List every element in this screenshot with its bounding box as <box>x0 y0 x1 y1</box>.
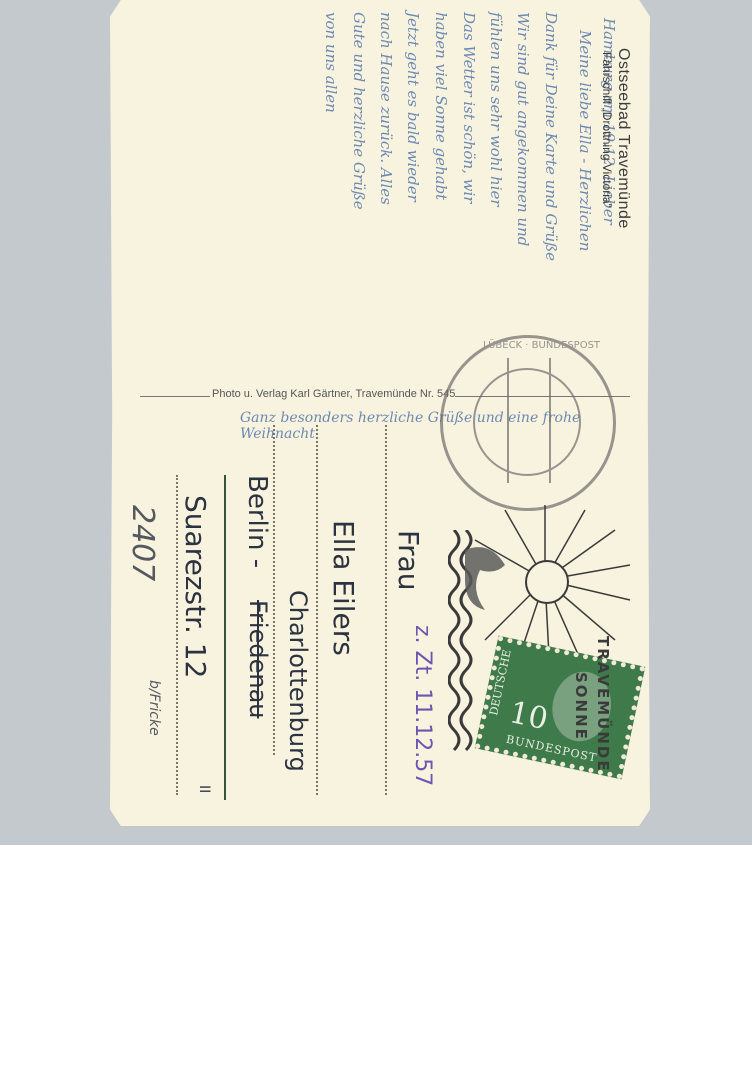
cancel-slogan-line1: TRAVEMÜNDE <box>594 636 612 773</box>
address-line-4: Berlin - <box>242 475 272 568</box>
address-line-5: Suarezstr. 12 <box>179 495 212 678</box>
underline-stroke <box>224 475 226 800</box>
message-line: fühlen uns sehr wohl hier <box>487 12 505 207</box>
address-guide-line <box>176 475 178 795</box>
message-line: Wir sind gut angekommen und <box>514 12 532 246</box>
message-line: Das Wetter ist schön, wir <box>460 12 478 203</box>
message-line: Gute und herzliche Grüße <box>350 12 368 210</box>
postmark-ring-text: LÜBECK · BUNDESPOST <box>483 340 600 351</box>
address-line-3: Charlottenburg <box>284 590 312 772</box>
message-line: haben viel Sonne gehabt <box>432 12 450 200</box>
mermaid-figure-icon <box>455 540 515 620</box>
message-line: Dank für Deine Karte und Grüße <box>542 12 560 261</box>
address-line-1: Frau <box>392 530 425 590</box>
address-guide-line <box>316 425 318 795</box>
address-floor: II <box>196 785 212 793</box>
message-line: von uns allen <box>322 12 340 113</box>
address-guide-line <box>385 425 387 795</box>
stamp-value: 10 <box>506 695 551 737</box>
address-violet-note: z. Zt. 11.12.57 <box>410 625 435 786</box>
address-struck-text: Friedenau <box>244 600 272 719</box>
message-line: nach Hause zurück. Alles <box>377 12 395 205</box>
printed-title: Ostseebad Travemünde <box>614 48 632 229</box>
message-line: Jetzt geht es bald wieder <box>404 12 422 202</box>
address-line-2: Ella Eilers <box>327 520 360 656</box>
printed-subtitle: Fährschiff „Drottning Victoria" <box>600 52 614 208</box>
sun-icon <box>525 560 569 604</box>
postmark-date-bar <box>507 358 551 483</box>
address-care-of: b/Fricke <box>146 680 162 736</box>
margin-number: 2407 <box>125 505 160 581</box>
message-line: Meine liebe Ella - Herzlichen <box>576 30 594 251</box>
cancel-slogan-line2: SONNE <box>572 672 590 741</box>
postmark-circle: LÜBECK · BUNDESPOST <box>440 335 616 511</box>
divider-rule-left <box>140 396 210 397</box>
address-guide-line <box>273 425 275 755</box>
publisher-credit: Photo u. Verlag Karl Gärtner, Travemünde… <box>212 388 455 400</box>
